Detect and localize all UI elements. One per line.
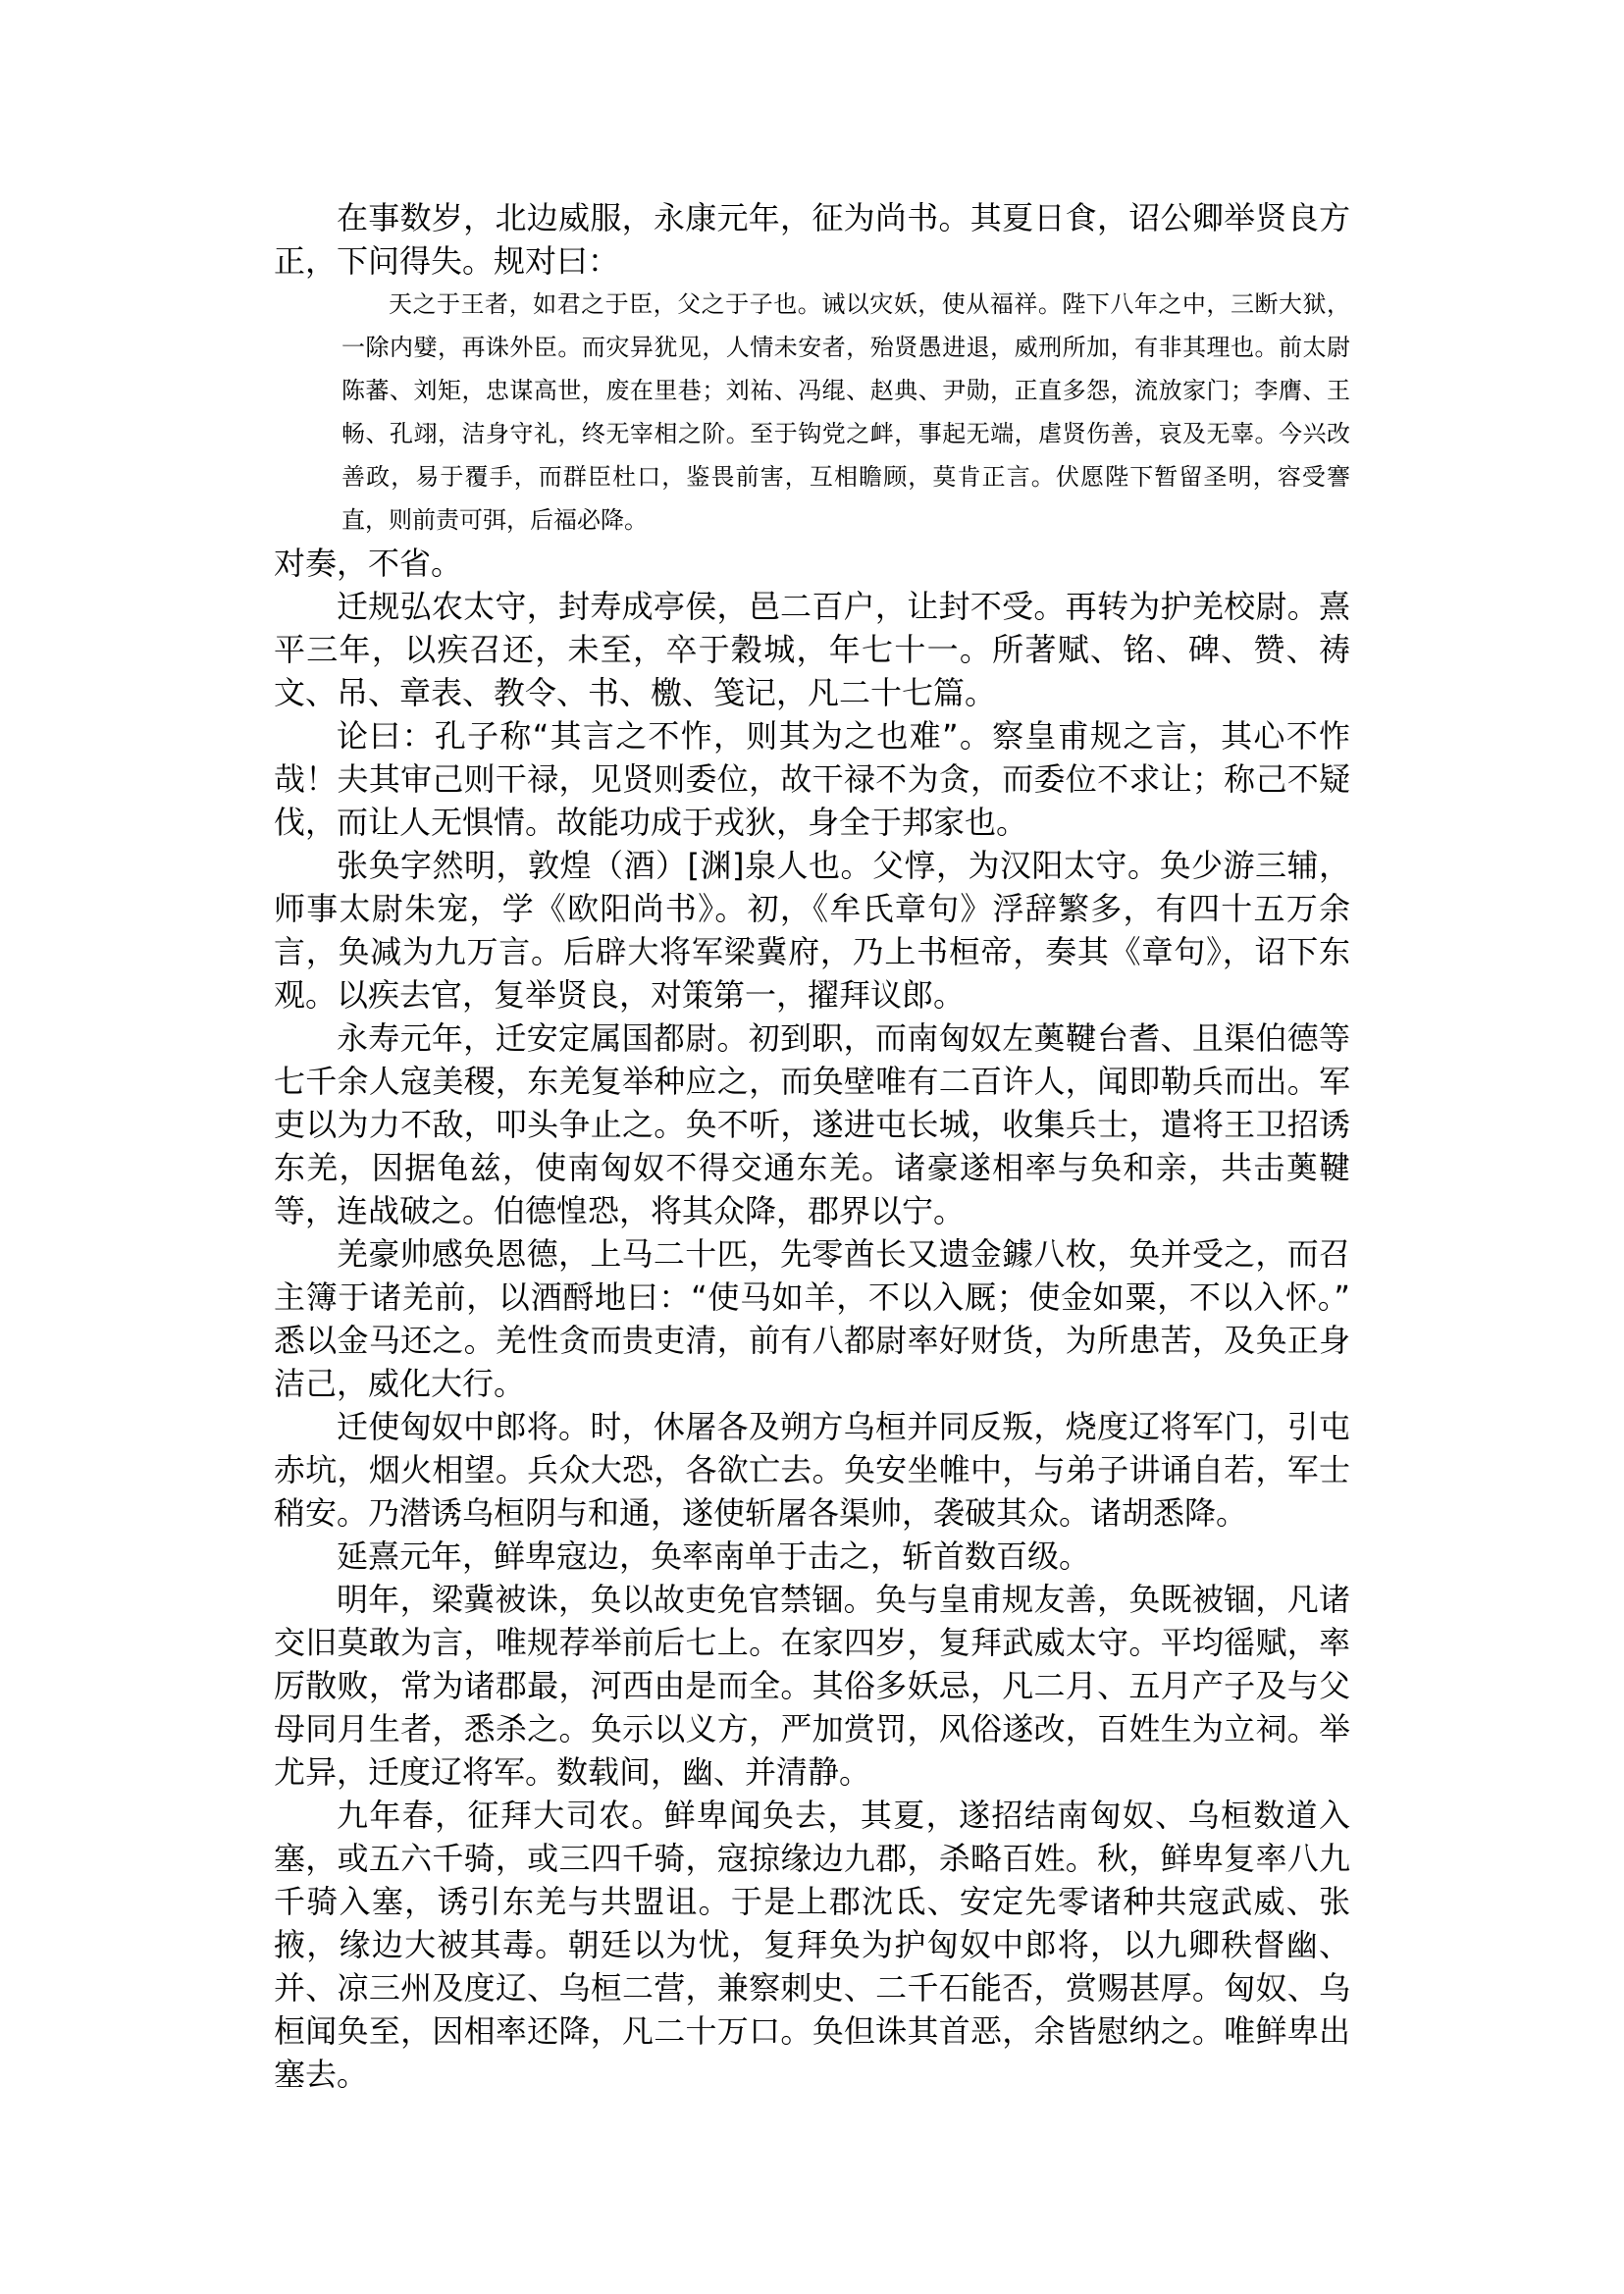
paragraph-qiangui: 迁规弘农太守，封寿成亭侯，邑二百户，让封不受。再转为护羌校尉。熹平三年，以疾召还… <box>274 585 1350 714</box>
paragraph-lunyue: 论曰：孔子称“其言之不怍，则其为之也难”。察皇甫规之言，其心不怍哉！夫其审己则干… <box>274 714 1350 844</box>
paragraph-duizou: 对奏，不省。 <box>274 542 1350 585</box>
paragraph-yongshou: 永寿元年，迁安定属国都尉。初到职，而南匈奴左薁鞬台耆、且渠伯德等七千余人寇美稷，… <box>274 1017 1350 1232</box>
paragraph-xiongnu-zhonglangjiang: 迁使匈奴中郎将。时，休屠各及朔方乌桓并同反叛，烧度辽将军门，引屯赤坑，烟火相望。… <box>274 1405 1350 1535</box>
paragraph-jiunianchun: 九年春，征拜大司农。鲜卑闻奂去，其夏，遂招结南匈奴、乌桓数道入塞，或五六千骑，或… <box>274 1794 1350 2096</box>
text-block: 在事数岁，北边威服，永康元年，征为尚书。其夏日食，诏公卿举贤良方正，下问得失。规… <box>274 196 1350 2096</box>
paragraph-zhanghuan-intro: 张奂字然明，敦煌（酒）[渊]泉人也。父惇，为汉阳太守。奂少游三辅，师事太尉朱宠，… <box>274 844 1350 1017</box>
paragraph-intro: 在事数岁，北边威服，永康元年，征为尚书。其夏日食，诏公卿举贤良方正，下问得失。规… <box>274 196 1350 283</box>
paragraph-qianghao: 羌豪帅感奂恩德，上马二十匹，先零酋长又遗金鐻八枚，奂并受之，而召主簿于诸羌前，以… <box>274 1232 1350 1405</box>
document-page: 在事数岁，北边威服，永康元年，征为尚书。其夏日食，诏公卿举贤良方正，下问得失。规… <box>0 0 1624 2294</box>
quote-memorial-text: 天之于王者，如君之于臣，父之于子也。诫以灾妖，使从福祥。陛下八年之中，三断大狱，… <box>341 283 1350 542</box>
paragraph-mingnian: 明年，梁冀被诛，奂以故吏免官禁锢。奂与皇甫规友善，奂既被锢，凡诸交旧莫敢为言，唯… <box>274 1578 1350 1794</box>
paragraph-yanxi: 延熹元年，鲜卑寇边，奂率南单于击之，斩首数百级。 <box>274 1535 1350 1578</box>
